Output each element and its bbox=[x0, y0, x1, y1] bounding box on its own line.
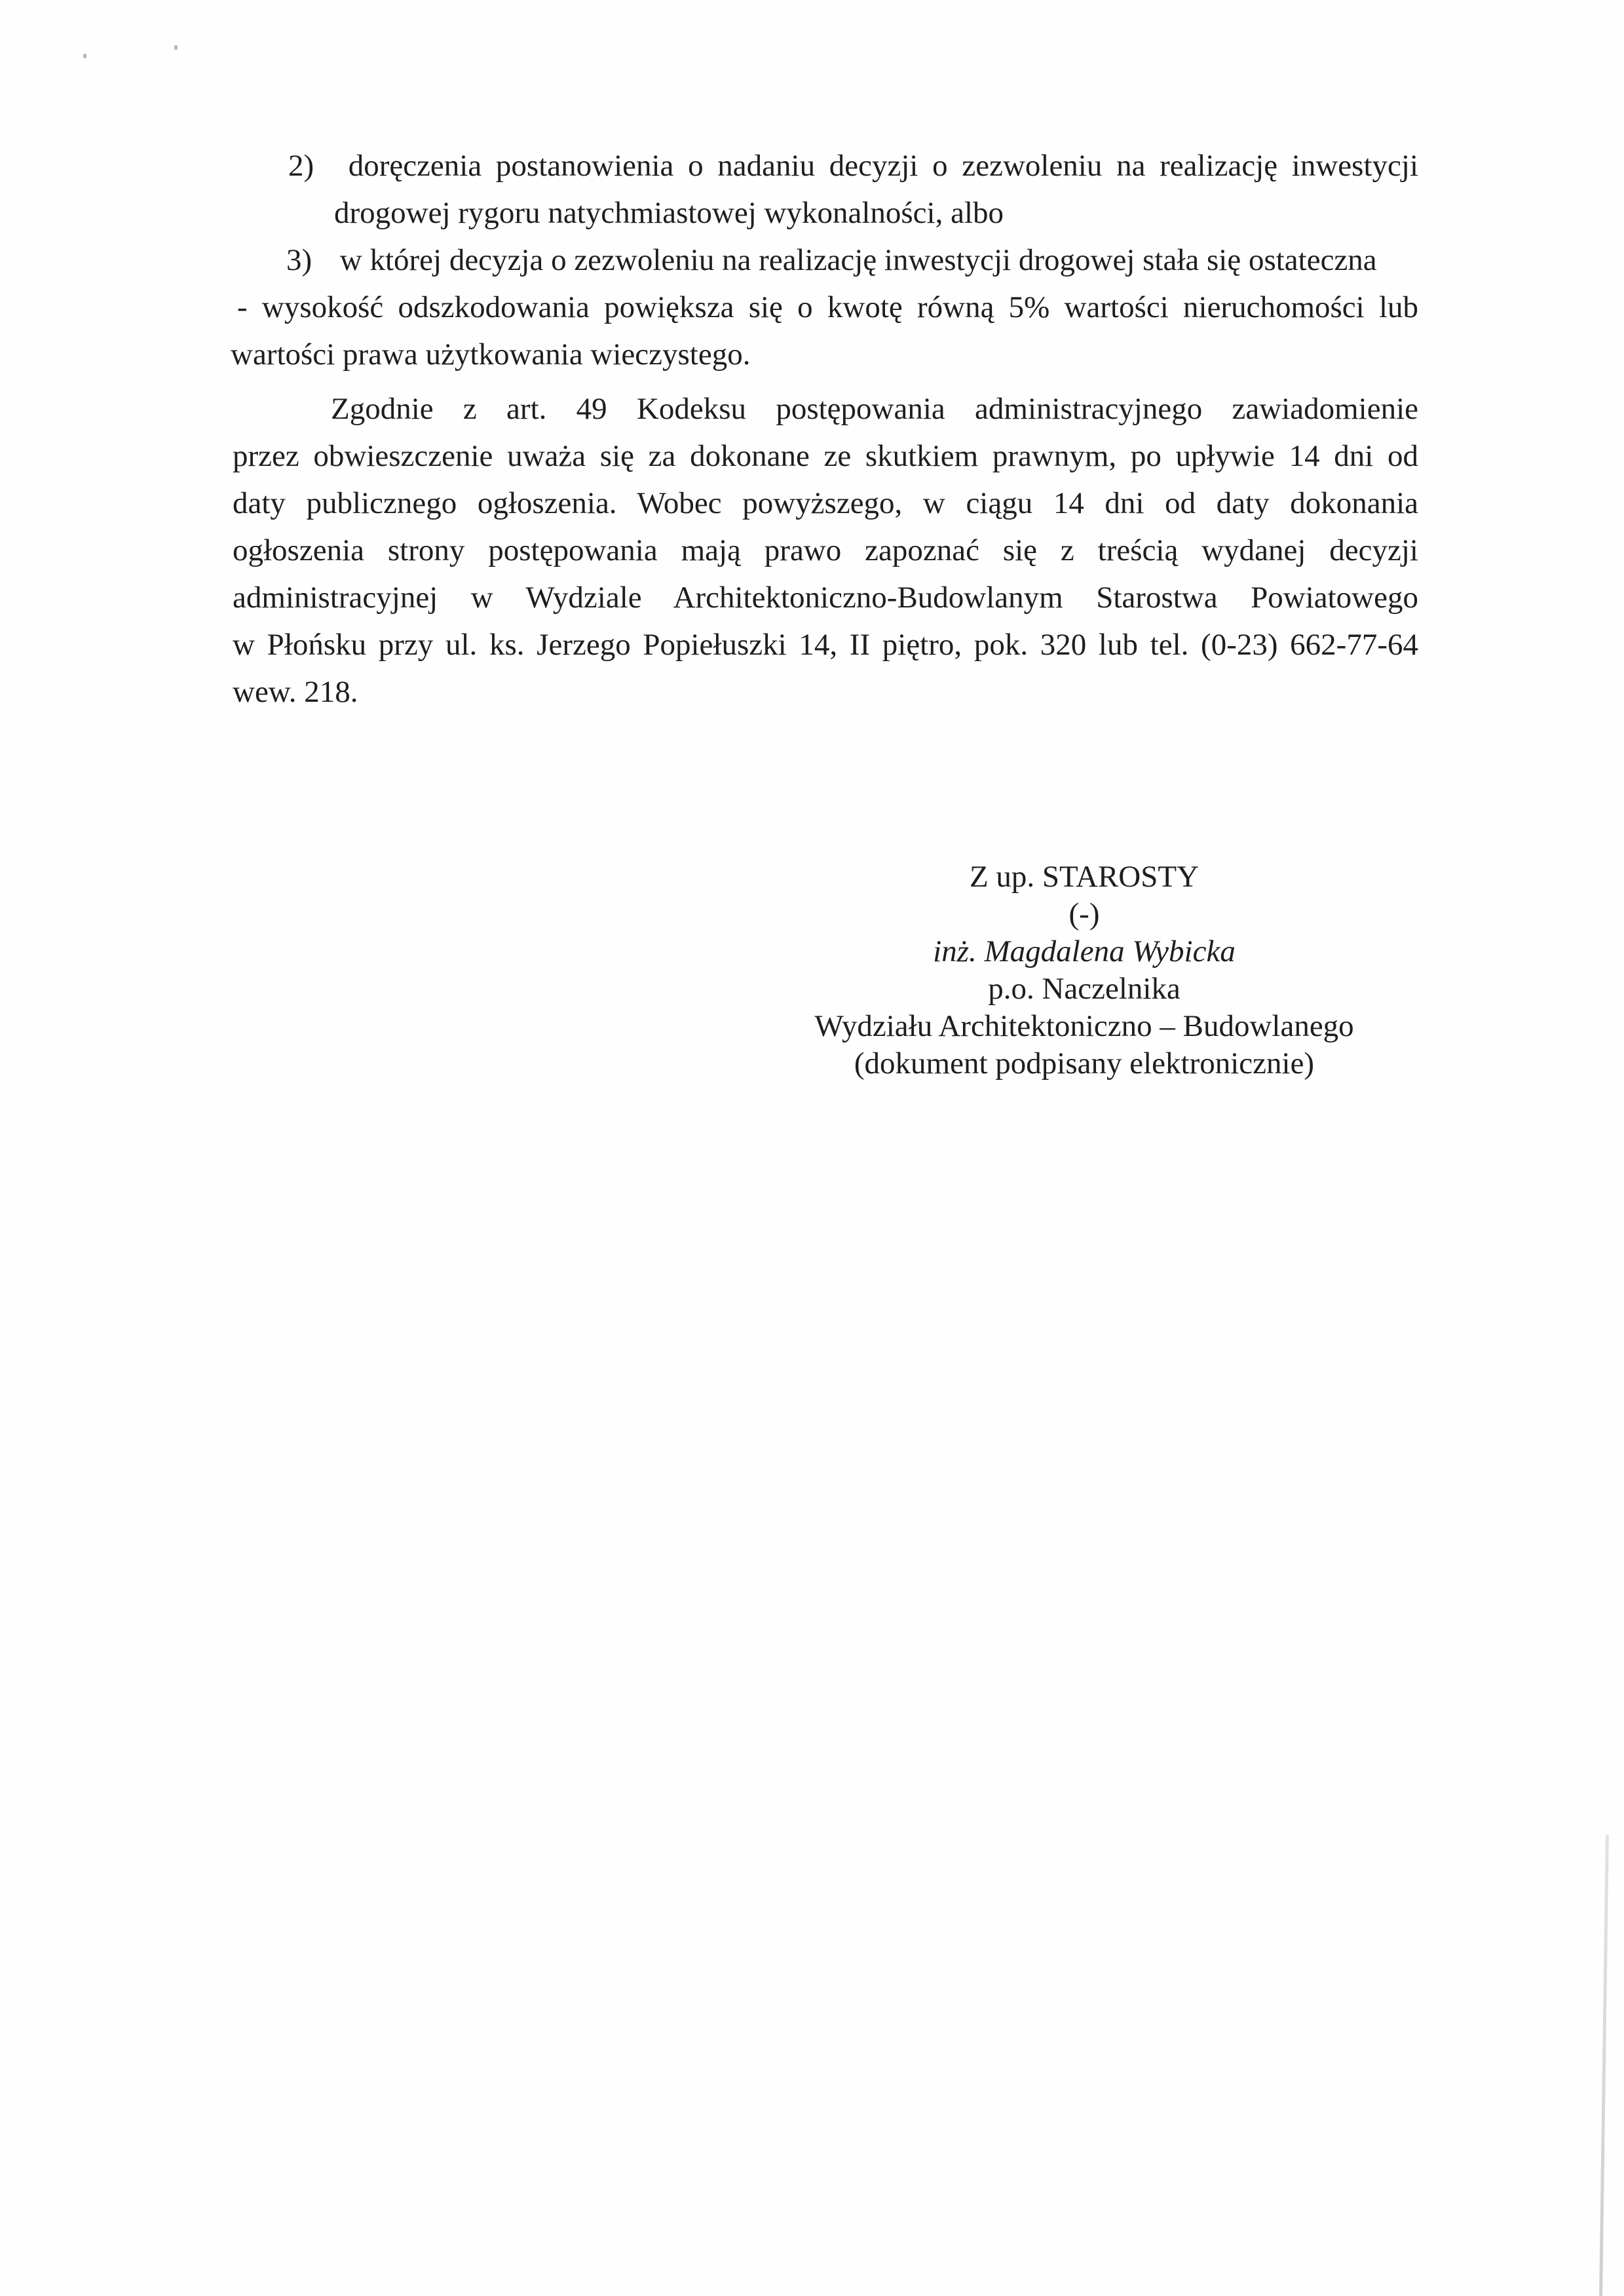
scan-artifact bbox=[174, 45, 178, 50]
list-number: 2) bbox=[288, 147, 334, 184]
list-item-2-line-1: 2) doręczenia postanowienia o nadaniu de… bbox=[288, 147, 1418, 184]
paragraph-line-7: wew. 218. bbox=[233, 674, 358, 710]
signatory-role: p.o. Naczelnika bbox=[780, 970, 1389, 1007]
document-page: 2) doręczenia postanowienia o nadaniu de… bbox=[0, 0, 1624, 2296]
list-item-3-line-1: 3) w której decyzja o zezwoleniu na real… bbox=[286, 242, 1377, 278]
paragraph-line-2: przez obwieszczenie uważa się za dokonan… bbox=[233, 438, 1418, 474]
conclusion-line-1: - wysokość odszkodowania powiększa się o… bbox=[237, 289, 1418, 326]
scan-artifact bbox=[83, 54, 86, 58]
paragraph-line-6: w Płońsku przy ul. ks. Jerzego Popiełusz… bbox=[233, 626, 1418, 663]
paragraph-line-1: Zgodnie z art. 49 Kodeksu postępowania a… bbox=[331, 391, 1418, 427]
signatory-name: inż. Magdalena Wybicka bbox=[780, 933, 1389, 970]
paragraph-line-3: daty publicznego ogłoszenia. Wobec powyż… bbox=[233, 485, 1418, 522]
electronic-signature-note: (dokument podpisany elektronicznie) bbox=[780, 1045, 1389, 1082]
scan-edge-shadow bbox=[1599, 1835, 1609, 2296]
list-text: doręczenia postanowienia o nadaniu decyz… bbox=[349, 149, 1418, 183]
signature-authority: Z up. STAROSTY bbox=[780, 858, 1389, 895]
list-item-2-line-2: drogowej rygoru natychmiastowej wykonaln… bbox=[334, 195, 1004, 231]
paragraph-line-5: administracyjnej w Wydziale Architektoni… bbox=[233, 579, 1418, 616]
conclusion-line-2: wartości prawa użytkowania wieczystego. bbox=[231, 336, 750, 373]
list-number: 3) bbox=[286, 242, 332, 278]
signatory-department: Wydziału Architektoniczno – Budowlanego bbox=[780, 1008, 1389, 1044]
signature-mark: (-) bbox=[780, 896, 1389, 932]
list-text: w której decyzja o zezwoleniu na realiza… bbox=[340, 243, 1377, 277]
paragraph-line-4: ogłoszenia strony postępowania mają praw… bbox=[233, 532, 1418, 569]
